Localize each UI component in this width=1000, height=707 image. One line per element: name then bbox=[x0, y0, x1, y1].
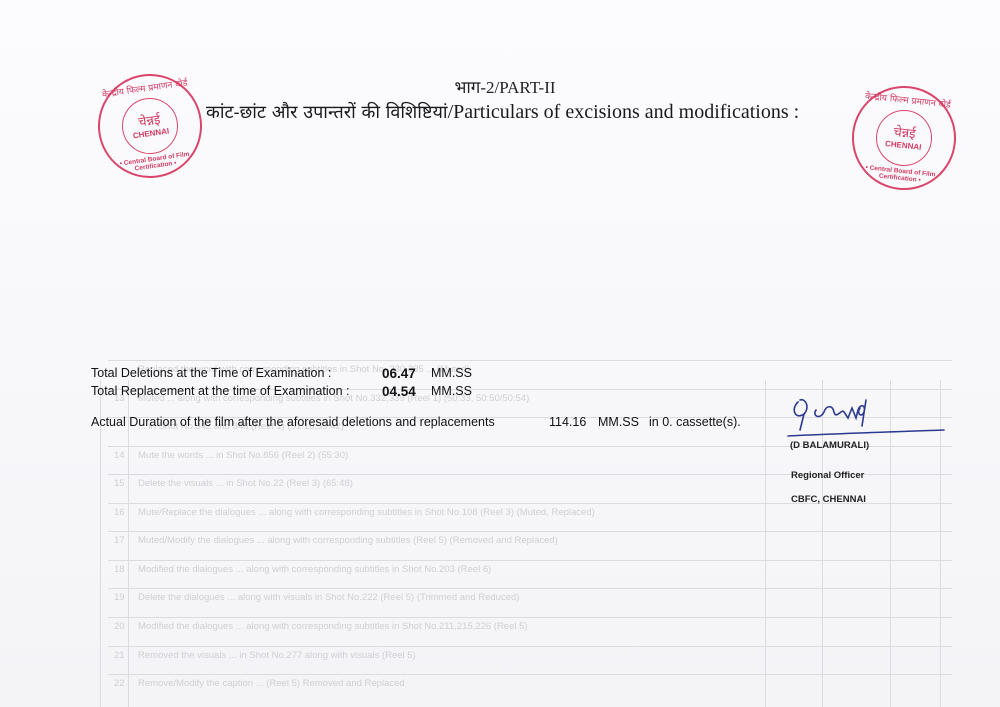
bleed-row-text: Mute/Replace the dialogues ... along wit… bbox=[138, 507, 595, 518]
bleed-row-number: 22 bbox=[114, 678, 125, 689]
stamp-center: चेन्नई CHENNAI bbox=[873, 107, 935, 169]
bleed-row-number: 21 bbox=[114, 650, 125, 661]
bleed-column-line bbox=[100, 380, 101, 707]
deletions-value: 06.47 bbox=[382, 366, 416, 381]
bleed-column-line bbox=[128, 380, 129, 707]
bleed-row-number: 17 bbox=[114, 535, 125, 546]
stamp-city-english: CHENNAI bbox=[885, 139, 922, 152]
replacement-value: 04.54 bbox=[382, 384, 416, 399]
signatory-designation: Regional Officer bbox=[791, 470, 864, 481]
bleed-row: 19Delete the dialogues ... along with vi… bbox=[108, 588, 952, 618]
bleed-row-text: Removed the visuals ... in Shot No.277 a… bbox=[138, 650, 416, 661]
duration-label: Actual Duration of the film after the af… bbox=[91, 415, 495, 429]
stamp-center: चेन्नई CHENNAI bbox=[118, 94, 181, 157]
bleed-row-text: Modified the dialogues ... along with co… bbox=[138, 564, 491, 575]
signatory-name: (D BALAMURALI) bbox=[790, 440, 869, 451]
bleed-row: 22Remove/Modify the caption ... (Reel 5)… bbox=[108, 674, 952, 704]
deletions-unit: MM.SS bbox=[431, 366, 472, 380]
bleed-row: 20Modified the dialogues ... along with … bbox=[108, 617, 952, 647]
bleed-row-text: Remove/Modify the caption ... (Reel 5) R… bbox=[138, 678, 405, 689]
signature bbox=[786, 390, 946, 440]
bleed-row-text: Muted/Modify the dialogues ... along wit… bbox=[138, 535, 558, 546]
bleed-row-number: 20 bbox=[114, 621, 125, 632]
stamp-city-english: CHENNAI bbox=[132, 126, 169, 140]
duration-value: 114.16 bbox=[549, 415, 586, 429]
signatory-office: CBFC, CHENNAI bbox=[791, 494, 866, 505]
bleed-row: 17Muted/Modify the dialogues ... along w… bbox=[108, 531, 952, 561]
bleed-row-number: 18 bbox=[114, 564, 125, 575]
bleed-row-text: Modified the dialogues ... along with co… bbox=[138, 621, 528, 632]
bleed-row-number: 19 bbox=[114, 592, 125, 603]
bleed-row-number: 15 bbox=[114, 478, 125, 489]
bleed-row-text: Delete the dialogues ... along with visu… bbox=[138, 592, 519, 603]
bleed-row-number: 14 bbox=[114, 450, 125, 461]
bleed-row-number: 16 bbox=[114, 507, 125, 518]
bleed-row: 16Mute/Replace the dialogues ... along w… bbox=[108, 503, 952, 533]
bleed-row-text: Delete the visuals ... in Shot No.22 (Re… bbox=[138, 478, 353, 489]
bleed-column-line bbox=[765, 380, 766, 707]
part-title: भाग-2/PART-II bbox=[0, 75, 1000, 98]
bleed-row: 21Removed the visuals ... in Shot No.277… bbox=[108, 646, 952, 676]
bleed-row: 18Modified the dialogues ... along with … bbox=[108, 560, 952, 590]
duration-unit: MM.SS bbox=[598, 415, 639, 429]
heading-english: /Particulars of excisions and modificati… bbox=[448, 101, 800, 123]
replacement-label: Total Replacement at the time of Examina… bbox=[91, 384, 349, 398]
section-heading: कांट-छांट और उपान्तरों की विशिष्टियां/Pa… bbox=[206, 100, 799, 124]
cassette-count: in 0. cassette(s). bbox=[649, 415, 741, 429]
bleed-row-text: Mute the words ... in Shot No.856 (Reel … bbox=[138, 450, 348, 461]
replacement-unit: MM.SS bbox=[431, 384, 472, 398]
deletions-label: Total Deletions at the Time of Examinati… bbox=[91, 366, 331, 380]
heading-hindi: कांट-छांट और उपान्तरों की विशिष्टियां bbox=[206, 102, 448, 123]
